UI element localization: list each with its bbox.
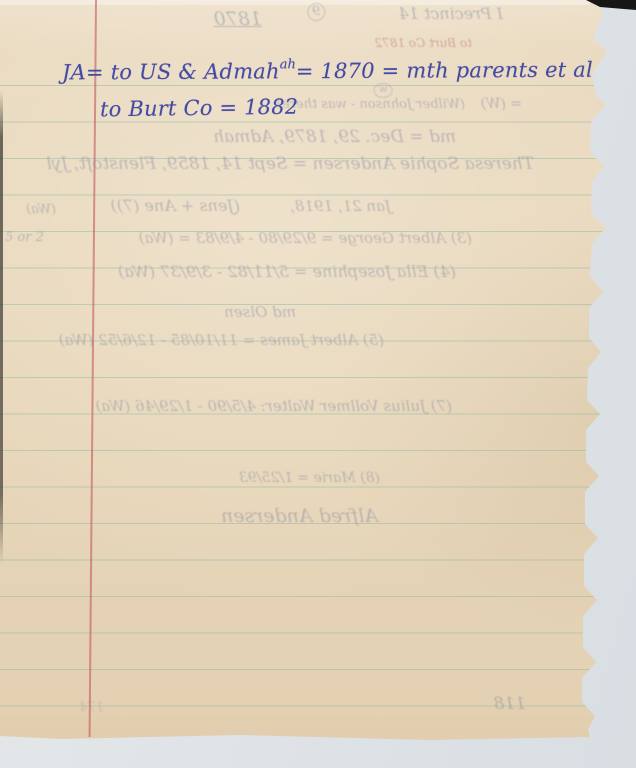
bleed-through-text: to Burt Co 1872 (376, 36, 472, 51)
bleed-through-text: Alfred Andersen (150, 505, 378, 529)
scan-left-edge-artifact (0, 90, 3, 565)
bleed-through-text: (5) Albert James = 11/10/85 - 12/6/52 (W… (10, 331, 384, 350)
handwritten-line-1-continuation: = 1870 = mth parents et al ~ (296, 58, 618, 84)
notebook-page: 18709I Precinct 14to Burt Co 1872(Wilber… (0, 0, 636, 768)
handwritten-line-2: to Burt Co = 1882 (100, 95, 299, 122)
bleed-through-text: (7) Julius Vollmer Walter: 4/5/90 - 1/29… (22, 397, 452, 416)
bleed-through-text: = (W) (476, 96, 522, 114)
bleed-through-text: (8) Marie = 1/25/93 (252, 470, 380, 488)
bleed-through-text: (4) Ella Josephine = 5/11/82 - 3/9/37 (W… (12, 262, 456, 282)
bleed-through-text: Theresa Sophie Andersen = Sept 14, 1859,… (6, 154, 534, 175)
handwritten-line-1-text: JA= to US & Admah (62, 59, 280, 84)
bleed-through-text: 9 (307, 3, 325, 21)
bleed-through-text: (Wa) (16, 202, 56, 218)
bleed-through-text: md Olsen (208, 303, 296, 322)
bleed-through-text: (Jens + Ane (7)) (94, 196, 240, 216)
bleed-through-text: w (374, 83, 393, 98)
bleed-through-text: 118 (486, 694, 526, 715)
bleed-through-text: (3) Albert George = 9/29/80 - 4/9/83 = (… (92, 229, 472, 248)
bleed-through-text: 5 or 2 (5, 230, 45, 246)
bleed-through-text: md = Dec. 29, 1879, Admah (226, 127, 456, 148)
bleed-through-text: 1870 (210, 8, 262, 32)
scanner-bed: 18709I Precinct 14to Burt Co 1872(Wilber… (0, 0, 636, 768)
bleed-through-text: Jan 21, 1918, (296, 197, 391, 216)
bleed-through-text: I Precinct 14 (370, 4, 503, 24)
handwritten-line-1: JA= to US & Admahah= 1870 = mth parents … (62, 56, 618, 85)
handwritten-superscript-correction: ah (280, 57, 296, 72)
bleed-through-text: 174 (76, 700, 104, 716)
